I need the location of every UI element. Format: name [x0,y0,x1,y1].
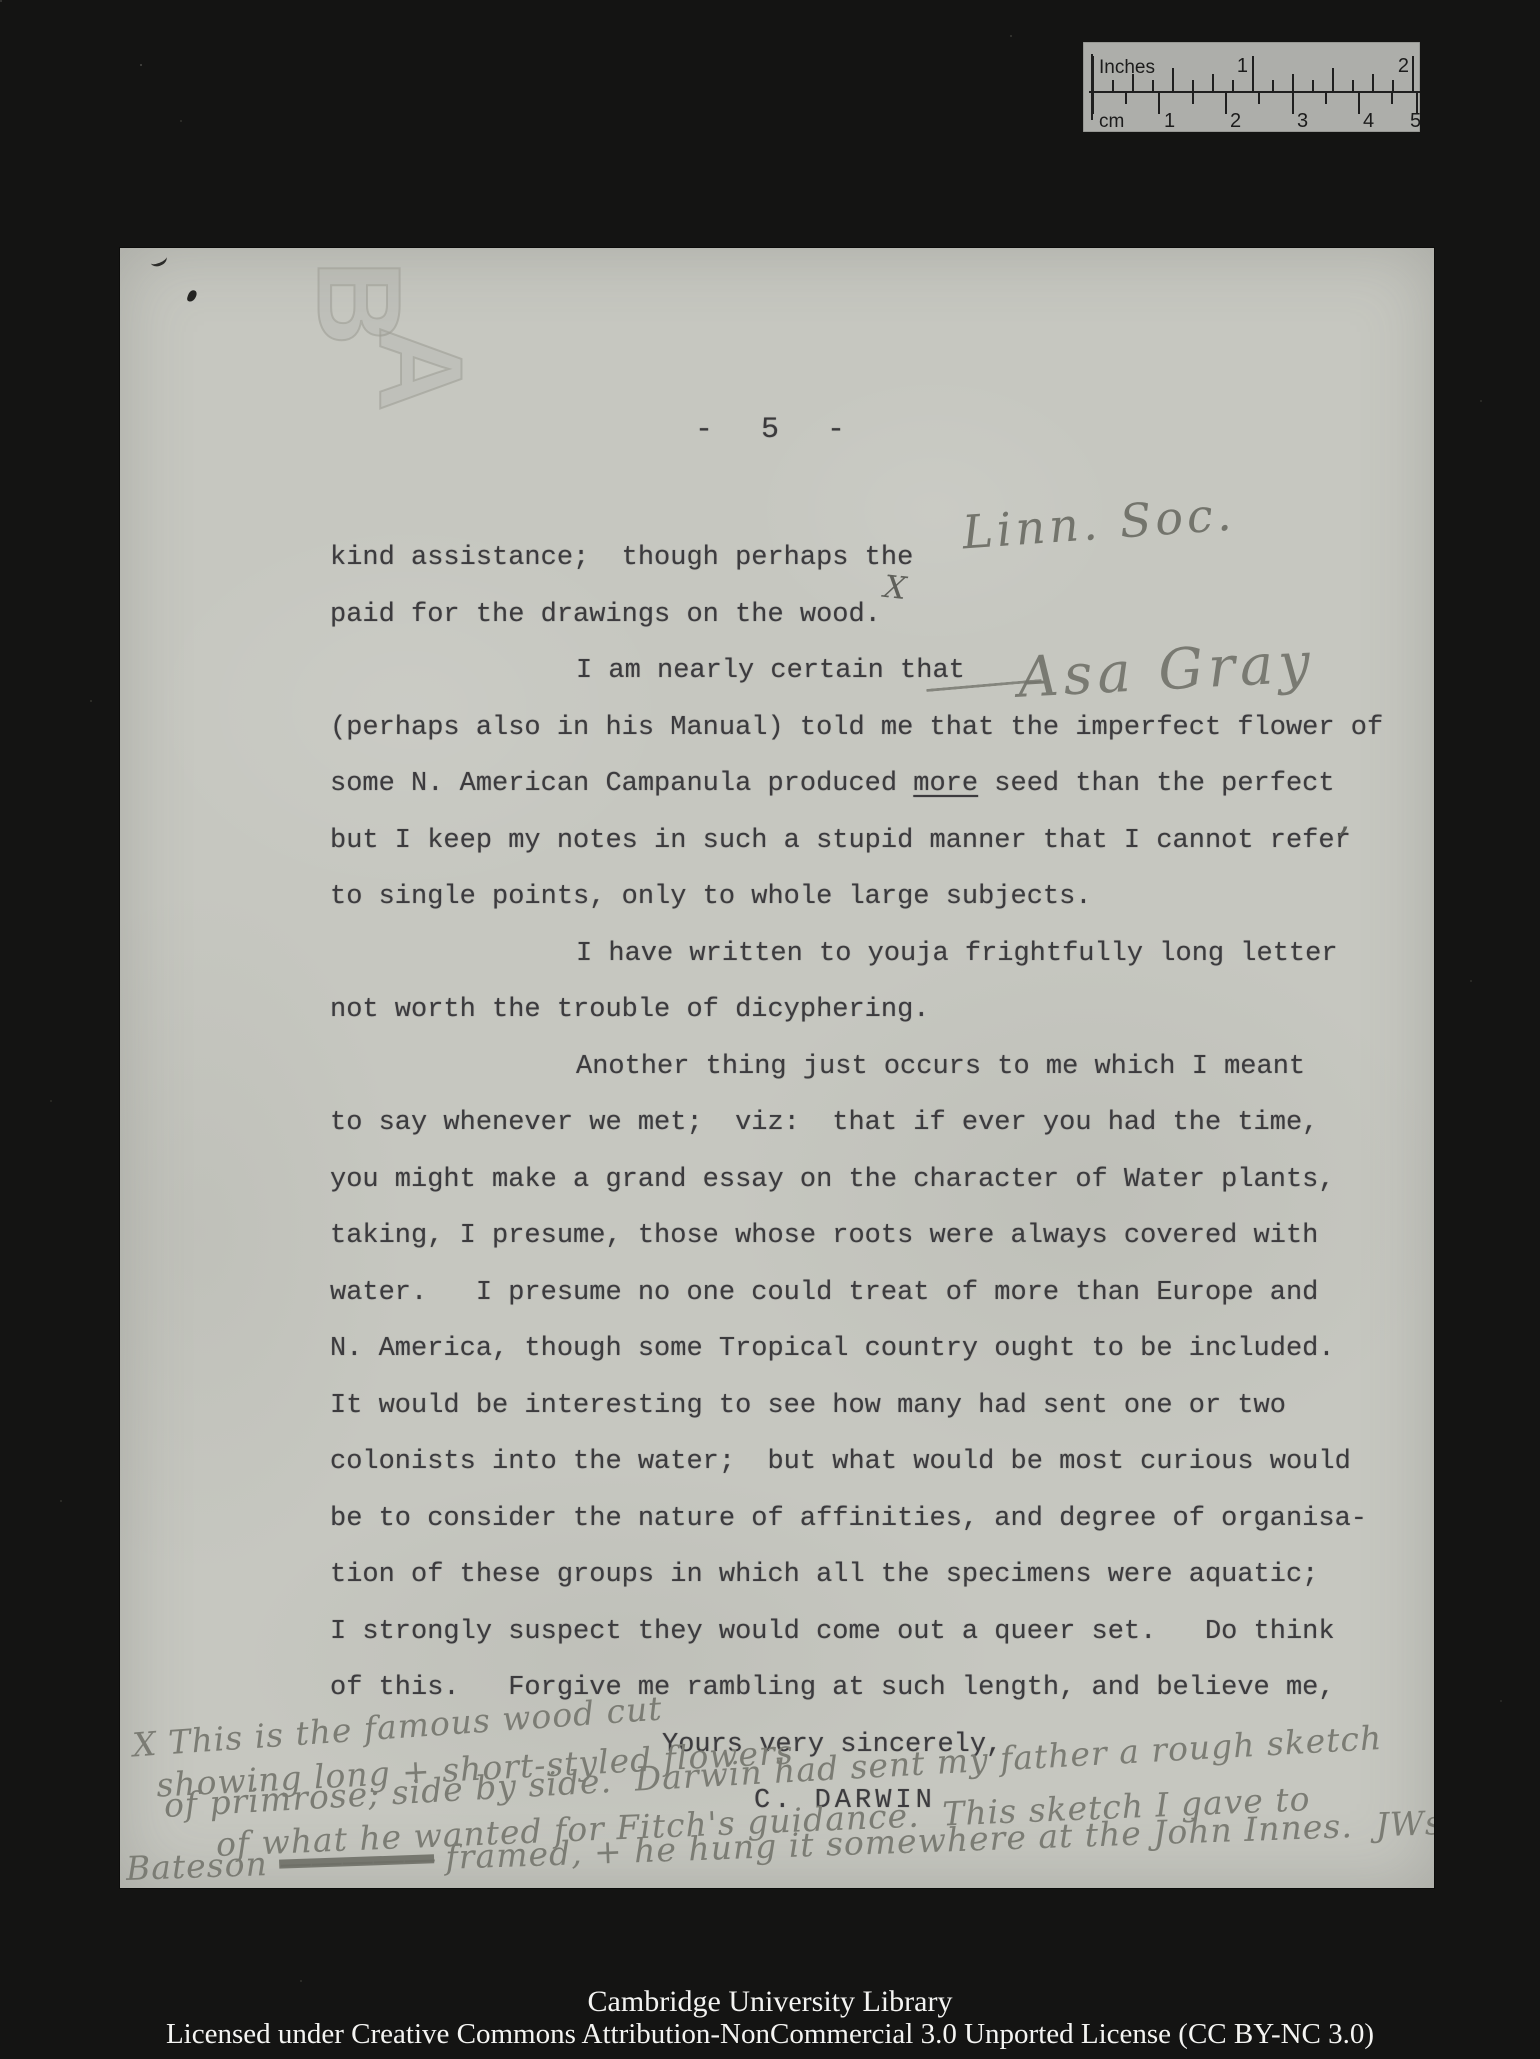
typed-line: Another thing just occurs to me which I … [330,1039,1420,1096]
typed-line: It would be interesting to see how many … [330,1378,1420,1435]
typed-segment: seed than the perfect [978,769,1334,799]
ruler-cm-number: 2 [1230,110,1241,132]
typed-letter-body: kind assistance; though perhaps the paid… [330,530,1420,1830]
library-credit-footer: Cambridge University Library Licensed un… [0,1985,1540,2051]
typed-line: to single points, only to whole large su… [330,869,1420,926]
page-number: - 5 - [695,413,847,447]
underlined-word: more [913,769,978,799]
ruler-graphic: Inches 1 2 cm 1 2 3 4 5 [1083,42,1420,132]
typed-line: water. I presume no one could treat of m… [330,1265,1420,1322]
ink-speck [148,251,168,268]
typed-line: I have written to youja frightfully long… [330,926,1420,983]
typed-line: N. America, though some Tropical country… [330,1321,1420,1378]
typed-line: tion of these groups in which all the sp… [330,1547,1420,1604]
typed-line: be to consider the nature of affinities,… [330,1491,1420,1548]
typed-line: colonists into the water; but what would… [330,1434,1420,1491]
measurement-ruler: Inches 1 2 cm 1 2 3 4 5 [1083,42,1420,132]
struck-out-word: ————— [278,1838,434,1882]
ruler-cm-number: 1 [1164,110,1175,132]
typed-line: you might make a grand essay on the char… [330,1152,1420,1209]
note-segment: Bateson [125,1844,280,1888]
ruler-cm-number: 4 [1363,110,1374,132]
letter-page: B A - 5 - kind assistance; though perhap… [120,248,1434,1888]
typed-line: not worth the trouble of dicyphering. [330,982,1420,1039]
ruler-cm-label: cm [1099,111,1124,132]
ruler-cm-number: 3 [1297,110,1308,132]
scanned-document-page: Inches 1 2 cm 1 2 3 4 5 B A - 5 - kind a… [0,0,1540,2059]
ruler-cm-number: 5 [1410,110,1420,132]
library-name: Cambridge University Library [0,1985,1540,2018]
ruler-inches-label: Inches [1099,57,1155,78]
typed-line: some N. American Campanula produced more… [330,756,1420,813]
typed-line: kind assistance; though perhaps the [330,530,1420,587]
ink-speck [186,289,197,303]
typed-line: to say whenever we met; viz: that if eve… [330,1095,1420,1152]
license-text: Licensed under Creative Commons Attribut… [0,2018,1540,2051]
dust-specks [0,0,2,2]
ruler-inch-number: 1 [1237,55,1248,77]
pencil-inserted-comma: , [1338,796,1350,840]
typed-line: (perhaps also in his Manual) told me tha… [330,700,1420,757]
typed-line: but I keep my notes in such a stupid man… [330,813,1420,870]
typed-line: taking, I presume, those whose roots wer… [330,1208,1420,1265]
typed-line: I strongly suspect they would come out a… [330,1604,1420,1661]
typed-segment: some N. American Campanula produced [330,769,913,799]
watermark-letter: A [362,326,480,411]
pencil-footnote-mark: X [882,569,908,607]
ruler-inch-number: 2 [1398,55,1409,77]
